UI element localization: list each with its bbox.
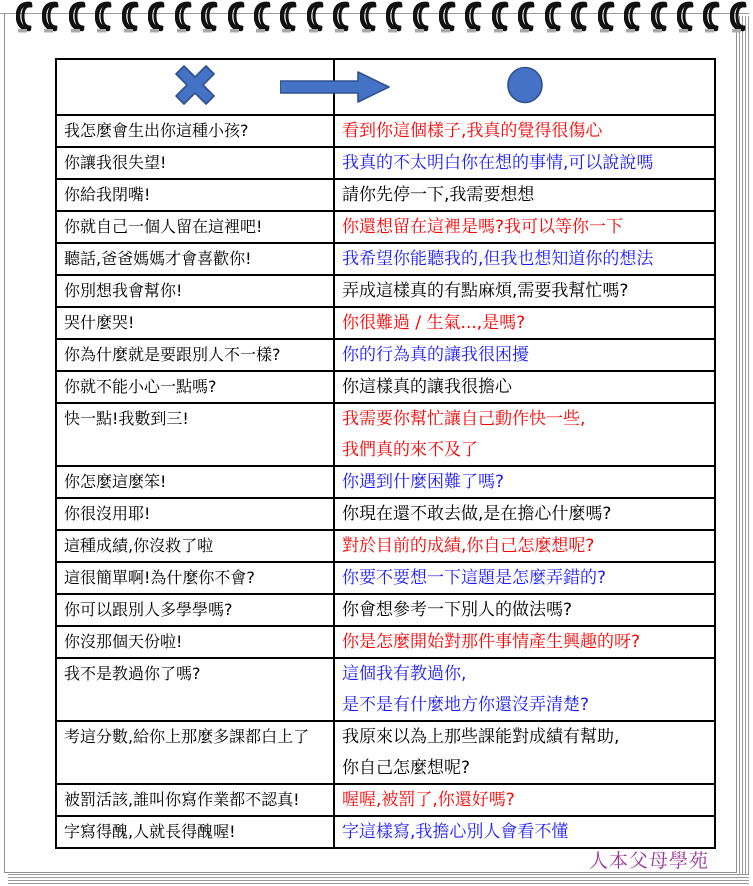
positive-phrase-cell: 你遇到什麼困難了嗎?	[334, 466, 715, 498]
spiral-ring-icon	[280, 1, 297, 33]
negative-phrase-text: 你很沒用耶!	[64, 500, 326, 528]
positive-phrase-text: 你遇到什麼困難了嗎?	[342, 468, 707, 496]
negative-phrase-cell: 你為什麼就是要跟別人不一樣?	[56, 339, 334, 371]
table-row: 你為什麼就是要跟別人不一樣? 你的行為真的讓我很困擾	[56, 339, 715, 371]
table-row: 被罰活該,誰叫你寫作業都不認真! 喔喔,被罰了,你還好嗎?	[56, 784, 715, 816]
negative-phrase-cell: 考這分數,給你上那麼多課都白上了	[56, 721, 334, 784]
positive-phrase-text: 我原來以為上那些課能對成績有幫助,	[342, 723, 707, 751]
negative-phrase-cell: 你給我閉嘴!	[56, 179, 334, 211]
positive-phrase-cell: 字這樣寫,我擔心別人會看不懂	[334, 816, 715, 848]
table-row: 你就不能小心一點嗎? 你這樣真的讓我很擔心	[56, 371, 715, 403]
negative-phrase-text: 你怎麼這麼笨!	[64, 468, 326, 496]
spiral-ring-icon	[651, 1, 668, 33]
positive-phrase-cell: 你現在還不敢去做,是在擔心什麼嗎?	[334, 498, 715, 530]
positive-phrase-cell: 你還想留在這裡是嗎?我可以等你一下	[334, 211, 715, 243]
negative-phrase-text: 你可以跟別人多學學嗎?	[64, 596, 326, 624]
x-mark-icon	[175, 65, 215, 109]
positive-phrase-cell: 你的行為真的讓我很困擾	[334, 339, 715, 371]
positive-phrase-cell: 弄成這樣真的有點麻煩,需要我幫忙嗎?	[334, 275, 715, 307]
positive-phrase-text: 我希望你能聽我的,但我也想知道你的想法	[342, 245, 707, 273]
negative-phrase-cell: 你很沒用耶!	[56, 498, 334, 530]
positive-phrase-cell: 喔喔,被罰了,你還好嗎?	[334, 784, 715, 816]
phrase-table: 我怎麼會生出你這種小孩? 看到你這個樣子,我真的覺得很傷心 你讓我很失望! 我真…	[55, 58, 716, 849]
positive-phrase-text: 對於目前的成績,你自己怎麼想呢?	[342, 532, 707, 560]
positive-phrase-cell: 你這樣真的讓我很擔心	[334, 371, 715, 403]
spiral-ring-icon	[333, 1, 350, 33]
better-phrase-header-cell	[334, 59, 715, 115]
spiral-ring-icon	[730, 1, 747, 33]
positive-phrase-text: 你很難過 / 生氣...,是嗎?	[342, 309, 707, 337]
positive-phrase-text: 請你先停一下,我需要想想	[342, 181, 707, 209]
spiral-ring-icon	[492, 1, 509, 33]
comparison-table-body: 我怎麼會生出你這種小孩? 看到你這個樣子,我真的覺得很傷心 你讓我很失望! 我真…	[56, 115, 715, 848]
negative-phrase-cell: 字寫得醜,人就長得醜喔!	[56, 816, 334, 848]
spiral-ring-icon	[42, 1, 59, 33]
positive-phrase-text: 你要不要想一下這題是怎麼弄錯的?	[342, 564, 707, 592]
table-row: 聽話,爸爸媽媽才會喜歡你! 我希望你能聽我的,但我也想知道你的想法	[56, 243, 715, 275]
spiral-ring-icon	[386, 1, 403, 33]
table-row: 你別想我會幫你! 弄成這樣真的有點麻煩,需要我幫忙嗎?	[56, 275, 715, 307]
negative-phrase-text: 我不是教過你了嗎?	[64, 660, 326, 688]
negative-phrase-cell: 你怎麼這麼笨!	[56, 466, 334, 498]
positive-phrase-text: 你會想參考一下別人的做法嗎?	[342, 596, 707, 624]
negative-phrase-text: 你就自己一個人留在這裡吧!	[64, 213, 326, 241]
positive-phrase-text: 這個我有教過你,	[342, 660, 707, 688]
negative-phrase-cell: 被罰活該,誰叫你寫作業都不認真!	[56, 784, 334, 816]
positive-phrase-text: 你自己怎麼想呢?	[342, 754, 707, 782]
table-row: 哭什麼哭! 你很難過 / 生氣...,是嗎?	[56, 307, 715, 339]
negative-phrase-text: 你讓我很失望!	[64, 149, 326, 177]
spiral-ring-icon	[571, 1, 588, 33]
spiral-ring-icon	[677, 1, 694, 33]
positive-phrase-cell: 對於目前的成績,你自己怎麼想呢?	[334, 530, 715, 562]
positive-phrase-text: 你的行為真的讓我很困擾	[342, 341, 707, 369]
negative-phrase-cell: 你就自己一個人留在這裡吧!	[56, 211, 334, 243]
spiral-ring-icon	[254, 1, 271, 33]
positive-phrase-text: 你現在還不敢去做,是在擔心什麼嗎?	[342, 500, 707, 528]
negative-phrase-text: 這很簡單啊!為什麼你不會?	[64, 564, 326, 592]
positive-phrase-cell: 你會想參考一下別人的做法嗎?	[334, 594, 715, 626]
table-row: 我不是教過你了嗎? 這個我有教過你,是不是有什麼地方你還沒弄清楚?	[56, 658, 715, 721]
footer-brand: 人本父母學苑	[589, 846, 709, 873]
table-row: 你怎麼這麼笨! 你遇到什麼困難了嗎?	[56, 466, 715, 498]
negative-phrase-text: 你沒那個天份啦!	[64, 628, 326, 656]
negative-phrase-text: 你給我閉嘴!	[64, 181, 326, 209]
page-stack-bottom	[8, 874, 749, 884]
positive-phrase-text: 我們真的來不及了	[342, 436, 707, 464]
positive-phrase-cell: 請你先停一下,我需要想想	[334, 179, 715, 211]
table-row: 你給我閉嘴! 請你先停一下,我需要想想	[56, 179, 715, 211]
negative-phrase-cell: 我不是教過你了嗎?	[56, 658, 334, 721]
negative-phrase-text: 你別想我會幫你!	[64, 277, 326, 305]
spiral-ring-icon	[95, 1, 112, 33]
negative-phrase-cell: 這種成績,你沒救了啦	[56, 530, 334, 562]
negative-phrase-cell: 哭什麼哭!	[56, 307, 334, 339]
spiral-ring-icon	[69, 1, 86, 33]
negative-phrase-cell: 你別想我會幫你!	[56, 275, 334, 307]
negative-phrase-text: 哭什麼哭!	[64, 309, 326, 337]
positive-phrase-text: 喔喔,被罰了,你還好嗎?	[342, 786, 707, 814]
table-row: 考這分數,給你上那麼多課都白上了 我原來以為上那些課能對成績有幫助,你自己怎麼想…	[56, 721, 715, 784]
positive-phrase-text: 是不是有什麼地方你還沒弄清楚?	[342, 691, 707, 719]
negative-phrase-text: 你為什麼就是要跟別人不一樣?	[64, 341, 326, 369]
spiral-ring-icon	[148, 1, 165, 33]
spiral-ring-icon	[16, 1, 33, 33]
negative-phrase-text: 這種成績,你沒救了啦	[64, 532, 326, 560]
table-row: 你可以跟別人多學學嗎? 你會想參考一下別人的做法嗎?	[56, 594, 715, 626]
negative-phrase-text: 聽話,爸爸媽媽才會喜歡你!	[64, 245, 326, 273]
positive-phrase-cell: 我真的不太明白你在想的事情,可以說說嗎	[334, 147, 715, 179]
table-row: 我怎麼會生出你這種小孩? 看到你這個樣子,我真的覺得很傷心	[56, 115, 715, 147]
positive-phrase-cell: 你要不要想一下這題是怎麼弄錯的?	[334, 562, 715, 594]
spiral-ring-icon	[545, 1, 562, 33]
table-row: 你沒那個天份啦! 你是怎麼開始對那件事情產生興趣的呀?	[56, 626, 715, 658]
negative-phrase-cell: 快一點!我數到三!	[56, 403, 334, 466]
spiral-ring-icon	[360, 1, 377, 33]
spiral-ring-icon	[703, 1, 720, 33]
spiral-ring-icon	[598, 1, 615, 33]
negative-phrase-cell: 你讓我很失望!	[56, 147, 334, 179]
negative-phrase-cell: 我怎麼會生出你這種小孩?	[56, 115, 334, 147]
table-row: 這很簡單啊!為什麼你不會? 你要不要想一下這題是怎麼弄錯的?	[56, 562, 715, 594]
table-row: 字寫得醜,人就長得醜喔! 字這樣寫,我擔心別人會看不懂	[56, 816, 715, 848]
negative-phrase-text: 你就不能小心一點嗎?	[64, 373, 326, 401]
spiral-ring-icon	[413, 1, 430, 33]
spiral-ring-icon	[228, 1, 245, 33]
spiral-binding	[16, 1, 747, 35]
table-row: 快一點!我數到三! 我需要你幫忙讓自己動作快一些,我們真的來不及了	[56, 403, 715, 466]
negative-phrase-cell: 你可以跟別人多學學嗎?	[56, 594, 334, 626]
table-row: 這種成績,你沒救了啦 對於目前的成績,你自己怎麼想呢?	[56, 530, 715, 562]
spiral-ring-icon	[307, 1, 324, 33]
spiral-ring-icon	[201, 1, 218, 33]
spiral-ring-icon	[518, 1, 535, 33]
negative-phrase-text: 字寫得醜,人就長得醜喔!	[64, 818, 326, 846]
positive-phrase-cell: 我希望你能聽我的,但我也想知道你的想法	[334, 243, 715, 275]
positive-phrase-text: 你是怎麼開始對那件事情產生興趣的呀?	[342, 628, 707, 656]
negative-phrase-cell: 這很簡單啊!為什麼你不會?	[56, 562, 334, 594]
positive-phrase-text: 看到你這個樣子,我真的覺得很傷心	[342, 117, 707, 145]
right-arrow-icon	[280, 70, 390, 108]
spiral-ring-icon	[465, 1, 482, 33]
spiral-ring-icon	[439, 1, 456, 33]
negative-phrase-text: 被罰活該,誰叫你寫作業都不認真!	[64, 786, 326, 814]
circle-icon	[506, 66, 544, 108]
positive-phrase-text: 字這樣寫,我擔心別人會看不懂	[342, 818, 707, 846]
positive-phrase-text: 弄成這樣真的有點麻煩,需要我幫忙嗎?	[342, 277, 707, 305]
negative-phrase-text: 考這分數,給你上那麼多課都白上了	[64, 723, 326, 751]
spiral-ring-icon	[122, 1, 139, 33]
positive-phrase-cell: 我需要你幫忙讓自己動作快一些,我們真的來不及了	[334, 403, 715, 466]
negative-phrase-cell: 聽話,爸爸媽媽才會喜歡你!	[56, 243, 334, 275]
table-row: 你很沒用耶! 你現在還不敢去做,是在擔心什麼嗎?	[56, 498, 715, 530]
positive-phrase-text: 你這樣真的讓我很擔心	[342, 373, 707, 401]
spiral-ring-icon	[624, 1, 641, 33]
negative-phrase-cell: 你就不能小心一點嗎?	[56, 371, 334, 403]
positive-phrase-text: 我真的不太明白你在想的事情,可以說說嗎	[342, 149, 707, 177]
negative-phrase-text: 我怎麼會生出你這種小孩?	[64, 117, 326, 145]
positive-phrase-cell: 這個我有教過你,是不是有什麼地方你還沒弄清楚?	[334, 658, 715, 721]
negative-phrase-text: 快一點!我數到三!	[64, 405, 326, 433]
comparison-table: 我怎麼會生出你這種小孩? 看到你這個樣子,我真的覺得很傷心 你讓我很失望! 我真…	[55, 58, 716, 849]
positive-phrase-text: 我需要你幫忙讓自己動作快一些,	[342, 405, 707, 433]
page-stack-right	[739, 16, 751, 878]
positive-phrase-cell: 看到你這個樣子,我真的覺得很傷心	[334, 115, 715, 147]
positive-phrase-cell: 你是怎麼開始對那件事情產生興趣的呀?	[334, 626, 715, 658]
negative-phrase-cell: 你沒那個天份啦!	[56, 626, 334, 658]
positive-phrase-cell: 我原來以為上那些課能對成績有幫助,你自己怎麼想呢?	[334, 721, 715, 784]
spiral-ring-icon	[175, 1, 192, 33]
positive-phrase-text: 你還想留在這裡是嗎?我可以等你一下	[342, 213, 707, 241]
table-row: 你讓我很失望! 我真的不太明白你在想的事情,可以說說嗎	[56, 147, 715, 179]
positive-phrase-cell: 你很難過 / 生氣...,是嗎?	[334, 307, 715, 339]
table-row: 你就自己一個人留在這裡吧! 你還想留在這裡是嗎?我可以等你一下	[56, 211, 715, 243]
